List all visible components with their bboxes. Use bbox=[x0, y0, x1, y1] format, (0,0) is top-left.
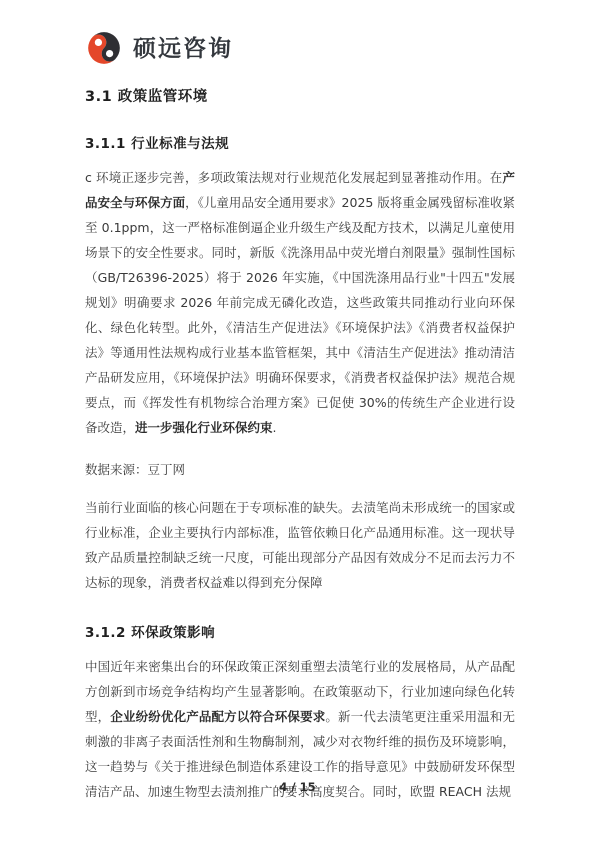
logo-text: 硕远咨询 bbox=[133, 36, 233, 61]
text-run: c 环境正逐步完善，多项政策法规对行业规范化发展起到显著推动作用。在 bbox=[85, 170, 502, 185]
paragraph-industry-standards: c 环境正逐步完善，多项政策法规对行业规范化发展起到显著推动作用。在产品安全与环… bbox=[85, 165, 515, 440]
text-run: ，《儿童用品安全通用要求》2025 版将重金属残留标准收紧至 0.1ppm，这一… bbox=[85, 195, 515, 435]
subsection-heading-3-1-2: 3.1.2 环保政策影响 bbox=[85, 621, 515, 641]
data-source-line: 数据来源：豆丁网 bbox=[85, 457, 515, 482]
bold-text-run: 进一步强化行业环保约束 bbox=[135, 420, 273, 435]
company-logo: 硕远咨询 bbox=[85, 28, 515, 68]
text-run: . bbox=[273, 420, 277, 435]
page-number: 4 / 15 bbox=[0, 780, 595, 794]
subsection-heading-3-1-1: 3.1.1 行业标准与法规 bbox=[85, 132, 515, 152]
document-page: 硕远咨询 3.1 政策监管环境 3.1.1 行业标准与法规 c 环境正逐步完善，… bbox=[0, 0, 595, 842]
section-heading-3-1: 3.1 政策监管环境 bbox=[85, 85, 515, 106]
paragraph-standard-gap: 当前行业面临的核心问题在于专项标准的缺失。去渍笔尚未形成统一的国家或行业标准，企… bbox=[85, 495, 515, 595]
bold-text-run: 企业纷纷优化产品配方以符合环保要求 bbox=[110, 709, 325, 724]
yin-yang-swirl-icon bbox=[85, 29, 123, 67]
page-content: 硕远咨询 3.1 政策监管环境 3.1.1 行业标准与法规 c 环境正逐步完善，… bbox=[85, 28, 515, 804]
